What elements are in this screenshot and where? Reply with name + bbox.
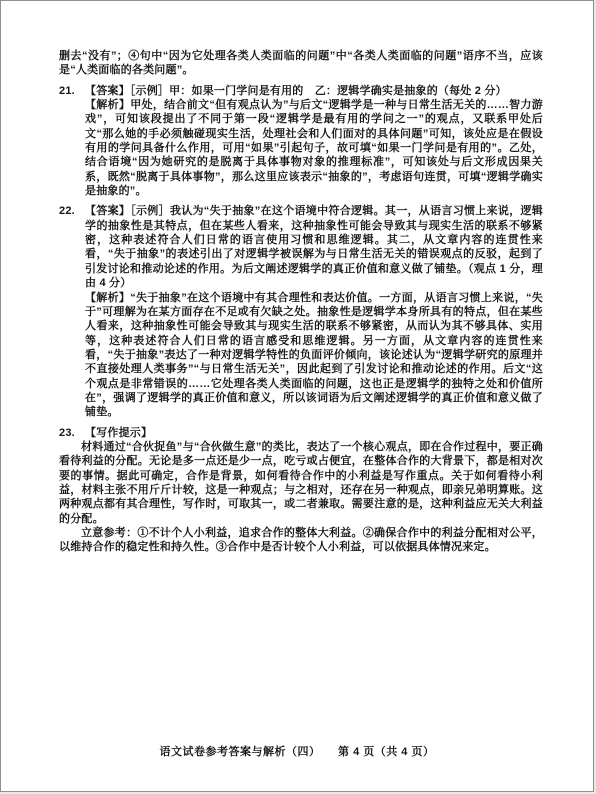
item-22-number: 22. (59, 204, 75, 218)
page-content: 删去“没有”；④句中“因为它处理各类人类面临的问题”中“各类人类面临的问题”语序… (59, 49, 543, 555)
item-22-analysis: 【解析】“失于抽象”在这个语境中有其合理性和表达价值。一方面，从语言习惯上来说，… (85, 291, 543, 420)
item-23-heading: 【写作提示】 (85, 426, 543, 440)
item-21-number: 21. (59, 84, 75, 98)
item-23-paragraph-2: 立意参考：①不计个人小利益，追求合作的整体大利益。②确保合作中的利益分配相对公平… (59, 526, 543, 555)
item-23-number: 23. (59, 426, 75, 440)
continuation-paragraph: 删去“没有”；④句中“因为它处理各类人类面临的问题”中“各类人类面临的问题”语序… (59, 49, 543, 78)
answer-item-22: 22. 【答案】［示例］我认为“失于抽象”在这个语境中符合逻辑。其一，从语言习惯… (59, 204, 543, 419)
answer-item-21: 21. 【答案】［示例］甲：如果一门学问是有用的 乙：逻辑学确实是抽象的（每处 … (59, 84, 543, 199)
exam-answer-sheet-page: 删去“没有”；④句中“因为它处理各类人类面临的问题”中“各类人类面临的问题”语序… (0, 0, 594, 792)
item-23-body: 【写作提示】 (85, 426, 543, 440)
item-23-paragraph-1: 材料通过“合伙捉鱼”与“合伙做生意”的类比，表达了一个核心观点，即在合作过程中，… (59, 440, 543, 526)
item-21-analysis: 【解析】甲处，结合前文“但有观点认为”与后文“逻辑学是一种与日常生活无关的……智… (85, 98, 543, 198)
item-22-body: 【答案】［示例］我认为“失于抽象”在这个语境中符合逻辑。其一，从语言习惯上来说，… (85, 204, 543, 419)
page-footer: 语文试卷参考答案与解析（四） 第 4 页（共 4 页） (1, 743, 593, 759)
item-21-body: 【答案】［示例］甲：如果一门学问是有用的 乙：逻辑学确实是抽象的（每处 2 分）… (85, 84, 543, 199)
item-21-answer: 【答案】［示例］甲：如果一门学问是有用的 乙：逻辑学确实是抽象的（每处 2 分） (85, 84, 543, 98)
answer-item-23: 23. 【写作提示】 (59, 426, 543, 440)
item-22-answer: 【答案】［示例］我认为“失于抽象”在这个语境中符合逻辑。其一，从语言习惯上来说，… (85, 204, 543, 290)
